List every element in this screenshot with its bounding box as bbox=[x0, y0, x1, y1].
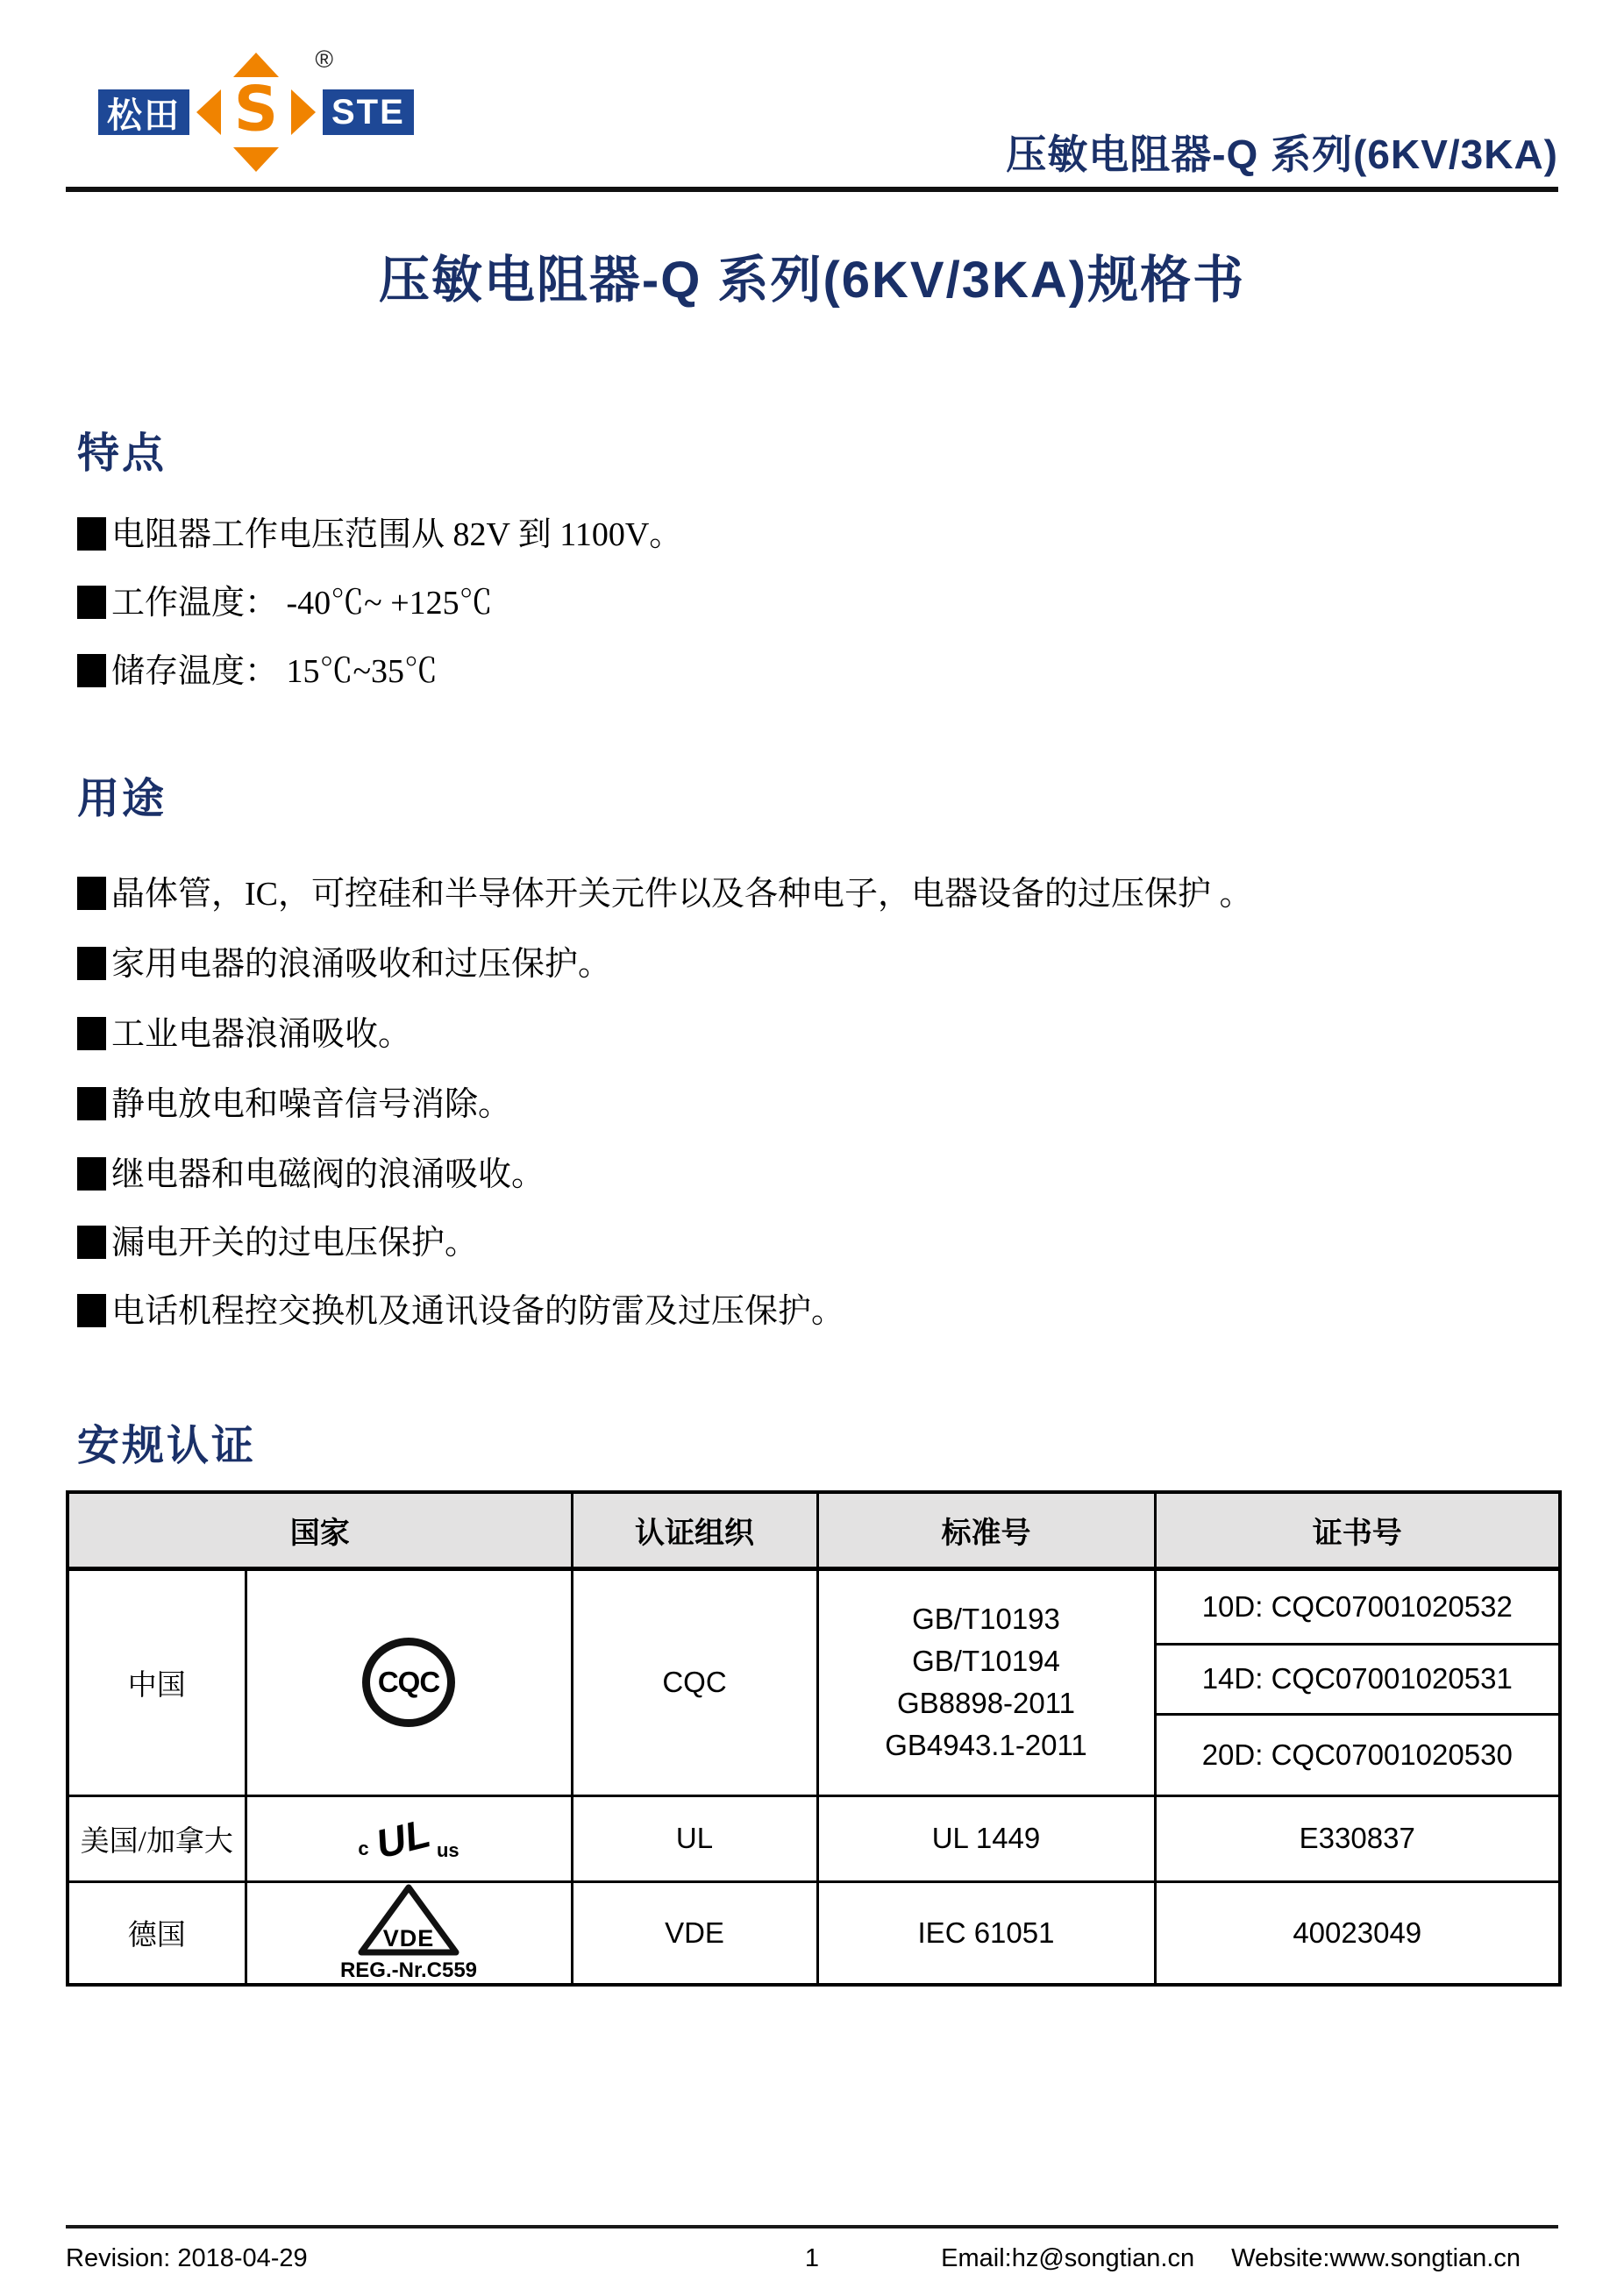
page-title: 压敏电阻器-Q 系列(6KV/3KA)规格书 bbox=[0, 238, 1624, 312]
cell-org-china: CQC bbox=[572, 1568, 817, 1795]
logo-s-compass-icon: S ® bbox=[195, 51, 317, 174]
applications-heading: 用途 bbox=[77, 764, 167, 825]
application-item: 继电器和电磁阀的浪涌吸收。 bbox=[77, 1147, 545, 1195]
features-heading: 特点 bbox=[77, 419, 167, 480]
feature-item: 电阻器工作电压范围从 82V 到 1100V。 bbox=[77, 507, 682, 555]
cell-logo-china: CQC bbox=[246, 1568, 572, 1795]
application-item-text: 静电放电和噪音信号消除。 bbox=[111, 1086, 511, 1123]
application-item-text: 晶体管，IC，可控硅和半导体开关元件以及各种电子，电器设备的过压保护 。 bbox=[111, 876, 1253, 913]
registered-trademark-icon: ® bbox=[315, 46, 333, 74]
bullet-square-icon bbox=[77, 517, 106, 551]
cqc-logo-icon: CQC bbox=[362, 1638, 455, 1727]
application-item: 晶体管，IC，可控硅和半导体开关元件以及各种电子，电器设备的过压保护 。 bbox=[77, 866, 1253, 914]
bullet-square-icon bbox=[77, 1294, 106, 1327]
table-row-germany: 德国 VDE REG.-Nr.C559 VDE IEC 61051 400230… bbox=[68, 1881, 1560, 1985]
bullet-square-icon bbox=[77, 1017, 106, 1050]
cell-logo-germany: VDE REG.-Nr.C559 bbox=[246, 1881, 572, 1985]
bullet-square-icon bbox=[77, 877, 106, 910]
application-item-text: 漏电开关的过电压保护。 bbox=[111, 1225, 478, 1262]
footer-divider bbox=[66, 2225, 1558, 2228]
cell-country-germany: 德国 bbox=[68, 1881, 246, 1985]
table-header-standard: 标准号 bbox=[817, 1492, 1155, 1568]
ul-logo-icon: c UL us bbox=[247, 1815, 571, 1862]
cell-standard-usa: UL 1449 bbox=[817, 1795, 1155, 1881]
application-item-text: 电话机程控交换机及通讯设备的防雷及过压保护。 bbox=[111, 1293, 844, 1330]
table-header-org: 认证组织 bbox=[572, 1492, 817, 1568]
feature-item-text: 电阻器工作电压范围从 82V 到 1100V。 bbox=[111, 516, 682, 553]
standard-line: GB8898-2011 bbox=[819, 1682, 1154, 1724]
cell-standards-china: GB/T10193 GB/T10194 GB8898-2011 GB4943.1… bbox=[817, 1568, 1155, 1795]
standard-line: GB4943.1-2011 bbox=[819, 1724, 1154, 1766]
logo-ste-text: STE bbox=[331, 93, 405, 132]
cell-cert-germany: 40023049 bbox=[1155, 1881, 1560, 1985]
table-header-country: 国家 bbox=[68, 1492, 572, 1568]
application-item: 漏电开关的过电压保护。 bbox=[77, 1215, 478, 1263]
feature-item-text: 工作温度： -40℃~ +125℃ bbox=[111, 585, 493, 622]
table-header-row: 国家 认证组织 标准号 证书号 bbox=[68, 1492, 1560, 1568]
vde-reg-number: REG.-Nr.C559 bbox=[247, 1958, 571, 1983]
ul-logo-us: us bbox=[437, 1839, 459, 1862]
bullet-square-icon bbox=[77, 1226, 106, 1259]
cell-cert-usa: E330837 bbox=[1155, 1795, 1560, 1881]
cell-org-germany: VDE bbox=[572, 1881, 817, 1985]
footer-email: Email:hz@songtian.cn bbox=[941, 2244, 1194, 2273]
table-row-usa: 美国/加拿大 c UL us UL UL 1449 E330837 bbox=[68, 1795, 1560, 1881]
feature-item: 储存温度： 15℃~35℃ bbox=[77, 643, 438, 692]
logo-ste-box: STE bbox=[323, 89, 414, 135]
bullet-square-icon bbox=[77, 586, 106, 619]
certification-table: 国家 认证组织 标准号 证书号 中国 CQC CQC GB/T10193 GB/… bbox=[66, 1490, 1562, 1987]
application-item: 电话机程控交换机及通讯设备的防雷及过压保护。 bbox=[77, 1283, 844, 1332]
ul-logo-ul: UL bbox=[371, 1809, 435, 1867]
cell-country-china: 中国 bbox=[68, 1568, 246, 1795]
vde-logo-icon: VDE bbox=[354, 1883, 463, 1957]
cell-cert-14d: 14D: CQC07001020531 bbox=[1155, 1644, 1560, 1714]
application-item-text: 工业电器浪涌吸收。 bbox=[111, 1016, 411, 1053]
cell-cert-10d: 10D: CQC07001020532 bbox=[1155, 1568, 1560, 1644]
bullet-square-icon bbox=[77, 947, 106, 980]
cell-standard-germany: IEC 61051 bbox=[817, 1881, 1155, 1985]
logo-songtian-box: 松田 bbox=[98, 89, 189, 135]
application-item-text: 家用电器的浪涌吸收和过压保护。 bbox=[111, 946, 611, 983]
feature-item-text: 储存温度： 15℃~35℃ bbox=[111, 653, 438, 690]
application-item: 工业电器浪涌吸收。 bbox=[77, 1006, 411, 1055]
document-page: 松田 S ® STE 压敏电阻器-Q 系列(6KV/3KA) 压敏电阻器-Q 系… bbox=[0, 0, 1624, 2296]
application-item: 家用电器的浪涌吸收和过压保护。 bbox=[77, 936, 611, 985]
application-item-text: 继电器和电磁阀的浪涌吸收。 bbox=[111, 1156, 545, 1193]
header-product-name: 压敏电阻器-Q 系列(6KV/3KA) bbox=[1006, 123, 1558, 181]
cell-org-usa: UL bbox=[572, 1795, 817, 1881]
standard-line: GB/T10193 bbox=[819, 1598, 1154, 1640]
ul-logo-c: c bbox=[358, 1838, 368, 1860]
footer-contact: Email:hz@songtian.cn Website:www.songtia… bbox=[941, 2244, 1521, 2273]
cell-country-usa: 美国/加拿大 bbox=[68, 1795, 246, 1881]
cell-cert-20d: 20D: CQC07001020530 bbox=[1155, 1714, 1560, 1795]
bullet-square-icon bbox=[77, 1157, 106, 1191]
company-logo: 松田 S ® STE bbox=[98, 51, 414, 174]
table-row-china: 中国 CQC CQC GB/T10193 GB/T10194 GB8898-20… bbox=[68, 1568, 1560, 1644]
cell-logo-usa: c UL us bbox=[246, 1795, 572, 1881]
application-item: 静电放电和噪音信号消除。 bbox=[77, 1077, 511, 1125]
logo-songtian-text: 松田 bbox=[107, 88, 181, 138]
table-header-cert: 证书号 bbox=[1155, 1492, 1560, 1568]
logo-s-letter: S bbox=[234, 74, 278, 146]
certification-heading: 安规认证 bbox=[77, 1411, 256, 1472]
bullet-square-icon bbox=[77, 1087, 106, 1120]
header-divider bbox=[66, 187, 1558, 192]
feature-item: 工作温度： -40℃~ +125℃ bbox=[77, 575, 493, 623]
standard-line: GB/T10194 bbox=[819, 1640, 1154, 1682]
bullet-square-icon bbox=[77, 654, 106, 687]
footer-website: Website:www.songtian.cn bbox=[1231, 2244, 1521, 2273]
vde-logo-text: VDE bbox=[354, 1925, 463, 1952]
